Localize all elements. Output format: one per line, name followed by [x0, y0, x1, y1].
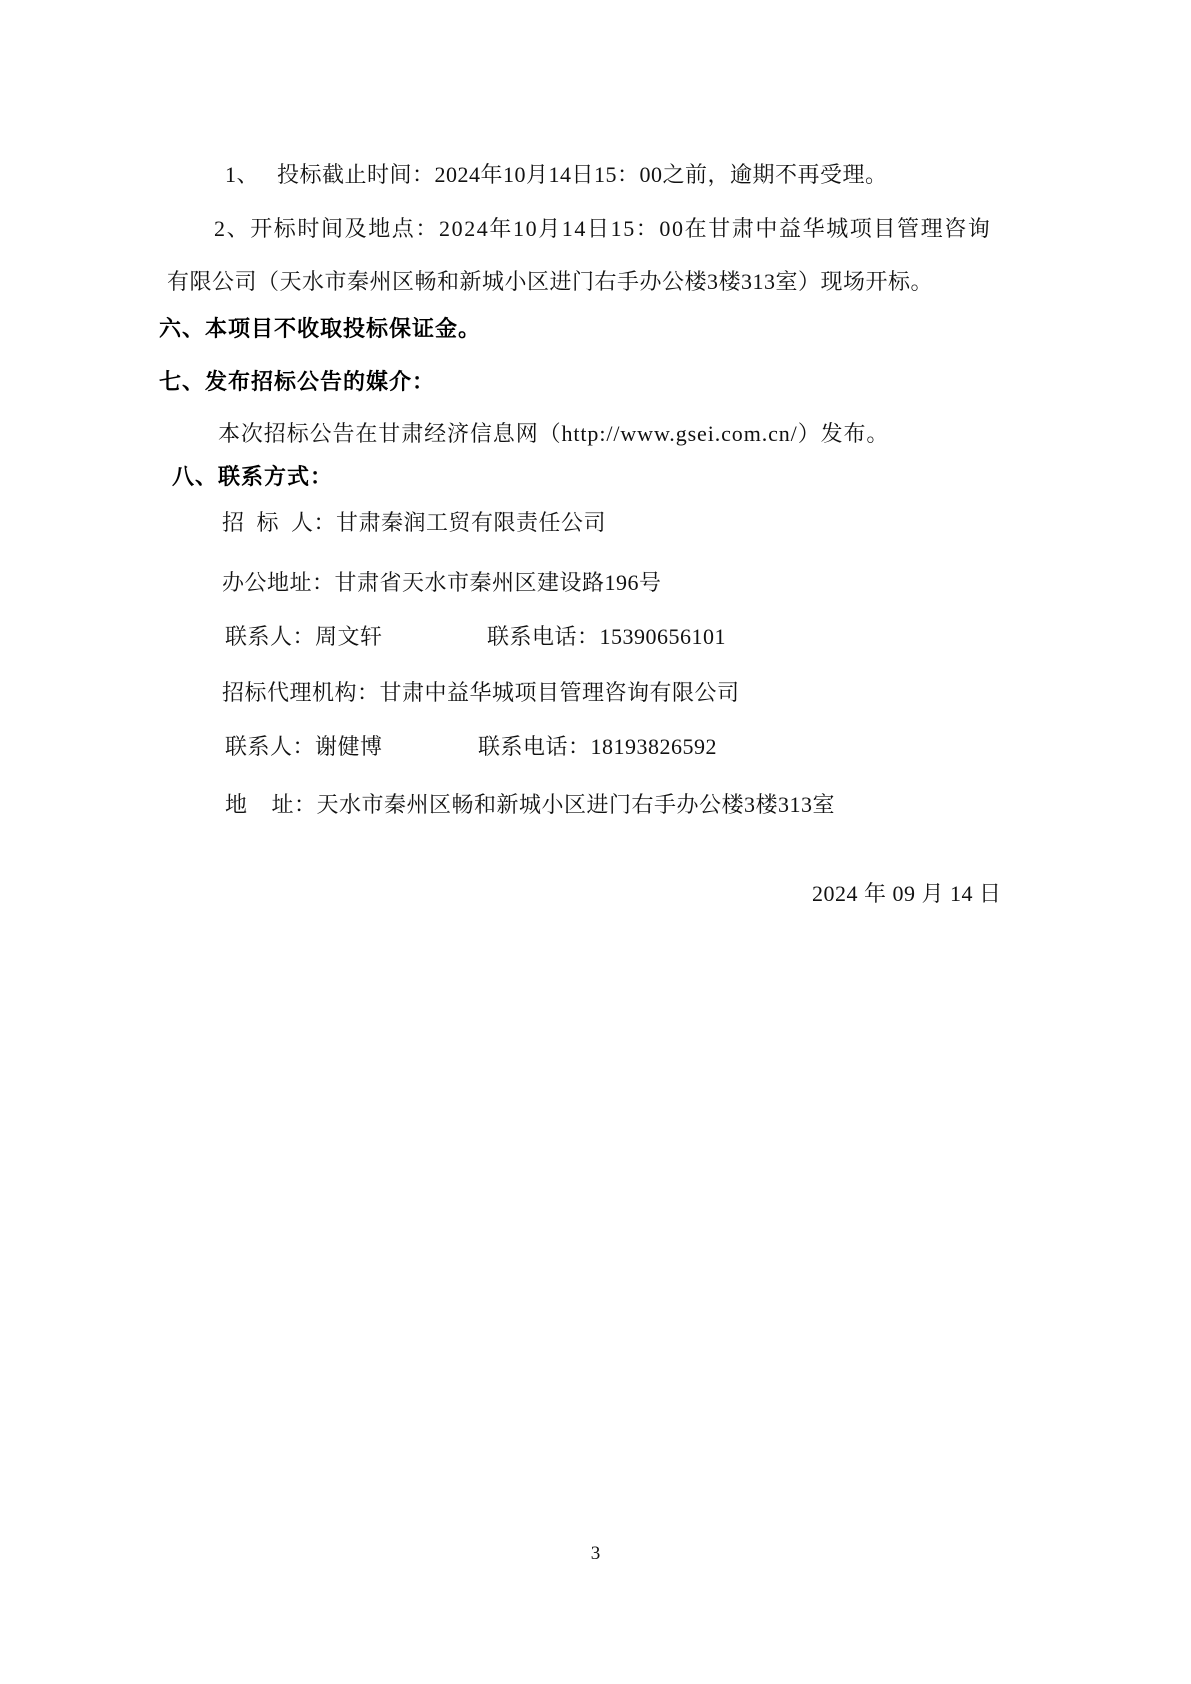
contact2-phone: 联系电话：18193826592: [478, 732, 717, 762]
document-date: 2024 年 09 月 14 日: [812, 879, 1002, 909]
page-number: 3: [0, 1543, 1191, 1565]
contact1-phone: 联系电话：15390656101: [487, 622, 726, 652]
bid-deadline-item: 1、 投标截止时间：2024年10月14日15：00之前，逾期不再受理。: [225, 160, 888, 190]
office-address-line: 办公地址：甘肃省天水市秦州区建设路196号: [222, 568, 662, 598]
contact1-name: 联系人：周文轩: [225, 622, 383, 652]
bid-opening-item-line1: 2、开标时间及地点：2024年10月14日15：00在甘肃中益华城项目管理咨询: [214, 214, 991, 244]
tenderer-line: 招 标 人：甘肃秦润工贸有限责任公司: [222, 508, 606, 538]
section-seven-heading: 七、发布招标公告的媒介：: [159, 367, 435, 397]
contact2-row: 联系人：谢健博 联系电话：18193826592: [225, 732, 1025, 762]
section-eight-heading: 八、联系方式：: [172, 462, 333, 492]
document-page: 1、 投标截止时间：2024年10月14日15：00之前，逾期不再受理。 2、开…: [0, 0, 1191, 1684]
bid-opening-item-line2: 有限公司（天水市秦州区畅和新城小区进门右手办公楼3楼313室）现场开标。: [167, 267, 933, 297]
contact1-row: 联系人：周文轩 联系电话：15390656101: [225, 622, 1025, 652]
contact2-name: 联系人：谢健博: [225, 732, 383, 762]
agency-address-line: 地 址：天水市秦州区畅和新城小区进门右手办公楼3楼313室: [225, 790, 835, 820]
agency-line: 招标代理机构：甘肃中益华城项目管理咨询有限公司: [222, 678, 740, 708]
announcement-media-text: 本次招标公告在甘肃经济信息网（http://www.gsei.com.cn/）发…: [218, 419, 889, 449]
section-six-heading: 六、本项目不收取投标保证金。: [159, 314, 481, 344]
